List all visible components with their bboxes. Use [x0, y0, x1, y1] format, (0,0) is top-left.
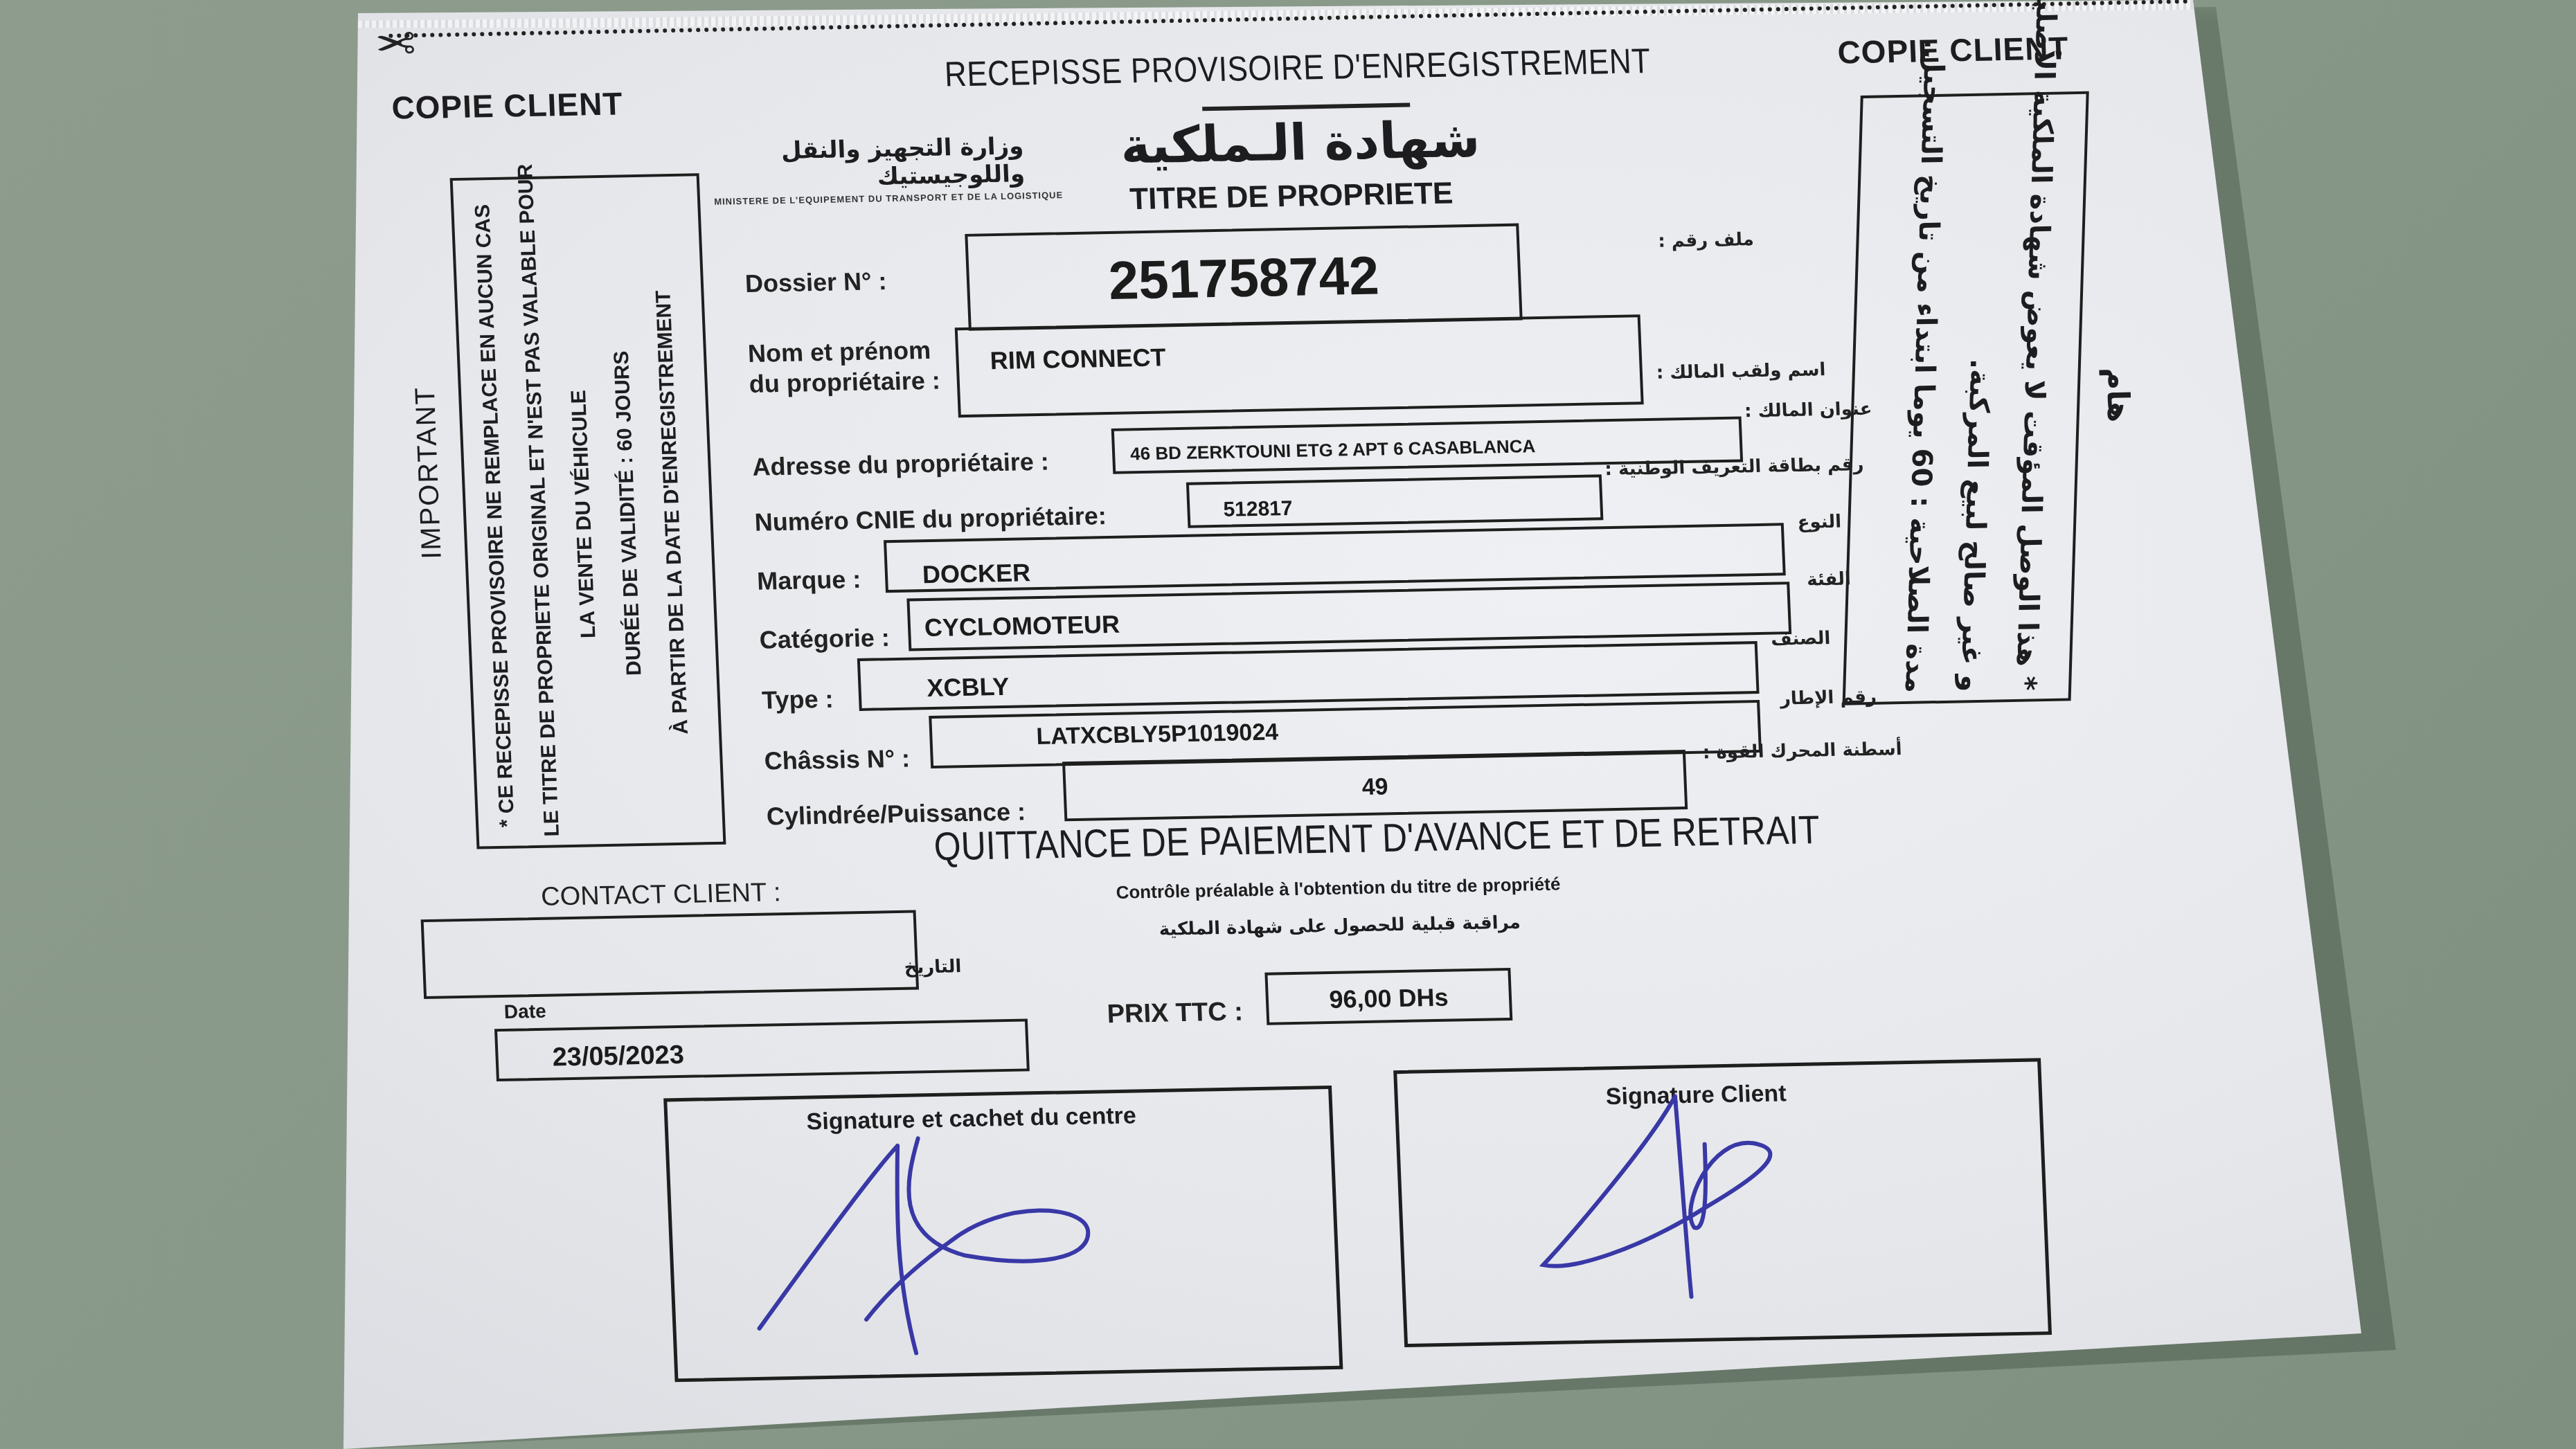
- type-label-ar: الصنف: [1771, 628, 1831, 650]
- center-signature-ink: [667, 1089, 1343, 1378]
- owner-address-label-ar: عنوان المالك :: [1744, 399, 1872, 422]
- date-field[interactable]: 23/05/2023: [494, 1018, 1030, 1081]
- center-signature-box[interactable]: Signature et cachet du centre: [663, 1086, 1343, 1382]
- price-value: 96,00 DHs: [1268, 982, 1510, 1016]
- subtitle-fr: TITRE DE PROPRIETE: [1129, 176, 1454, 217]
- cnie-value: 512817: [1223, 497, 1293, 522]
- ministry-name-ar: وزارة التجهيز والنقل واللوجيستيك: [712, 132, 1026, 194]
- owner-name-label: Nom et prénom du propriétaire :: [747, 335, 941, 399]
- title-fr: RECEPISSE PROVISOIRE D'ENREGISTREMENT: [944, 42, 1652, 95]
- title-divider: [1202, 103, 1410, 111]
- marque-value: DOCKER: [922, 558, 1031, 589]
- owner-address-label: Adresse du propriétaire :: [752, 447, 1050, 482]
- dossier-label: Dossier N° :: [744, 267, 887, 298]
- cnie-field[interactable]: 512817: [1186, 474, 1604, 528]
- cnie-label: Numéro CNIE du propriétaire:: [754, 501, 1107, 537]
- owner-name-label-line1: Nom et prénom: [747, 335, 940, 369]
- owner-name-label-line2: du propriétaire :: [749, 366, 941, 399]
- copy-label-left: COPIE CLIENT: [391, 84, 623, 126]
- client-signature-ink: [1397, 1061, 2051, 1344]
- ministry-logo: وزارة التجهيز والنقل واللوجيستيك MINISTE…: [712, 132, 1026, 207]
- quittance-subtitle-fr: Contrôle préalable à l'obtention du titr…: [1116, 874, 1561, 903]
- owner-address-value: 46 BD ZERKTOUNI ETG 2 APT 6 CASABLANCA: [1130, 435, 1536, 465]
- chassis-label-ar: رقم الإطار: [1780, 687, 1877, 710]
- important-heading: IMPORTANT: [410, 386, 448, 560]
- chassis-value: LATXCBLY5P1019024: [1036, 719, 1279, 750]
- important-notice-text: * CE RECEPISSE PROVISOIRE NE REMPLACE EN…: [460, 190, 708, 838]
- price-field[interactable]: 96,00 DHs: [1264, 968, 1512, 1025]
- cylindree-label-ar: أسطنة المحرك القوة :: [1702, 739, 1902, 764]
- quittance-subtitle-ar: مراقبة قبلية للحصول على شهادة الملكية: [1159, 912, 1521, 940]
- important-heading-ar: هام: [2099, 368, 2136, 423]
- ministry-name-fr: MINISTERE DE L'EQUIPEMENT DU TRANSPORT E…: [714, 190, 1026, 207]
- dossier-value: 251758742: [968, 242, 1519, 315]
- price-label: PRIX TTC :: [1107, 997, 1244, 1029]
- marque-label: Marque :: [756, 565, 861, 596]
- contact-client-field[interactable]: [421, 910, 919, 999]
- contact-client-label: CONTACT CLIENT :: [541, 878, 782, 912]
- categorie-field[interactable]: CYCLOMOTEUR: [906, 582, 1791, 651]
- receipt-sheet: ✂ COPIE CLIENT RECEPISSE PROVISOIRE D'EN…: [346, 0, 2339, 1370]
- owner-name-label-ar: اسم ولقب المالك :: [1656, 359, 1826, 384]
- marque-label-ar: النوع: [1797, 512, 1842, 533]
- date-label: Date: [503, 1000, 546, 1023]
- categorie-label-ar: الفئة: [1806, 568, 1851, 590]
- dossier-label-ar: ملف رقم :: [1658, 229, 1755, 252]
- date-value: 23/05/2023: [552, 1041, 685, 1073]
- type-label: Type :: [761, 685, 834, 715]
- owner-name-value: RIM CONNECT: [990, 343, 1167, 375]
- type-field[interactable]: XCBLY: [857, 641, 1760, 711]
- important-notice-box-ar: * هذا الوصل المؤقت لا يعوض شهادة الملكية…: [1843, 91, 2089, 705]
- important-notice-text-ar: * هذا الوصل المؤقت لا يعوض شهادة الملكية…: [1887, 108, 2070, 693]
- date-label-ar: التاريخ: [904, 956, 962, 978]
- categorie-value: CYCLOMOTEUR: [924, 610, 1120, 642]
- cnie-label-ar: رقم بطاقة التعريف الوطنية :: [1604, 454, 1864, 480]
- chassis-label: Châssis N° :: [764, 744, 911, 776]
- categorie-label: Catégorie :: [759, 623, 891, 655]
- scissors-icon: ✂: [374, 19, 416, 69]
- dossier-field[interactable]: 251758742: [965, 224, 1522, 331]
- title-ar: شهادة الـملكية: [1120, 110, 1481, 175]
- important-notice-box: * CE RECEPISSE PROVISOIRE NE REMPLACE EN…: [450, 173, 726, 849]
- client-signature-box[interactable]: Signature Client: [1393, 1058, 2052, 1347]
- cylindree-value: 49: [1066, 768, 1684, 807]
- owner-name-field[interactable]: RIM CONNECT: [955, 314, 1644, 417]
- marque-field[interactable]: DOCKER: [884, 523, 1786, 593]
- type-value: XCBLY: [927, 672, 1010, 703]
